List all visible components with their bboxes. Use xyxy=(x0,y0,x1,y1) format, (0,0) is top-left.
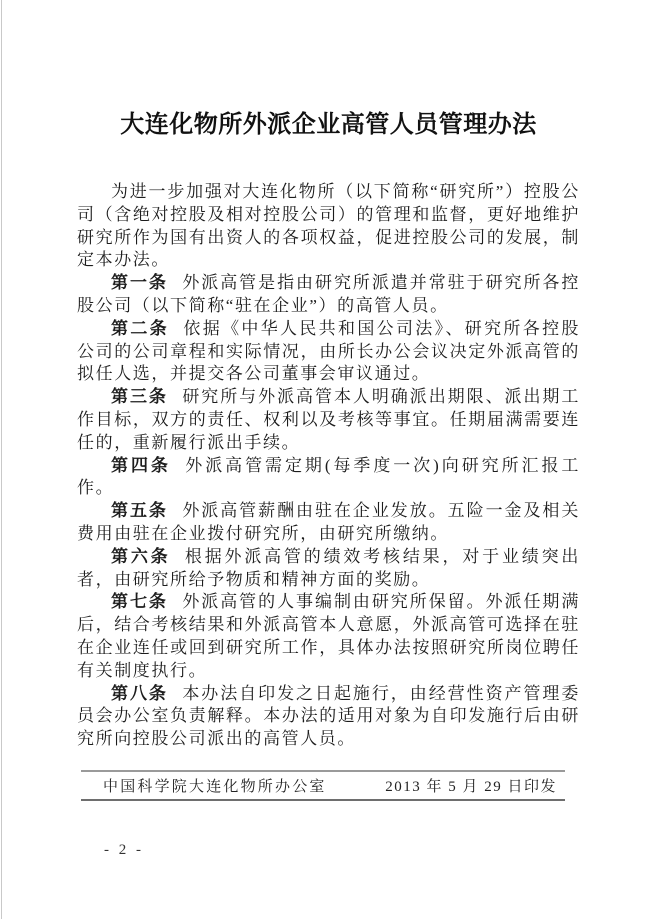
article-label: 第八条 xyxy=(111,684,168,703)
page-number: - 2 - xyxy=(104,842,144,859)
article-label: 第一条 xyxy=(111,273,168,292)
document-body: 为进一步加强对大连化物所（以下简称“研究所”）控股公司（含绝对控股及相对控股公司… xyxy=(77,181,580,751)
article-paragraph: 第一条外派高管是指由研究所派遣并常驻于研究所各控股公司（以下简称“驻在企业”）的… xyxy=(77,272,580,318)
footer-print-date: 2013 年 5 月 29 日印发 xyxy=(385,775,557,796)
article-label: 第七条 xyxy=(111,592,168,611)
footer-band: 中国科学院大连化物所办公室 2013 年 5 月 29 日印发 xyxy=(81,770,565,801)
article-paragraph: 第五条外派高管薪酬由驻在企业发放。五险一金及相关费用由驻在企业拨付研究所，由研究… xyxy=(77,500,580,546)
article-paragraph: 第四条外派高管需定期(每季度一次)向研究所汇报工作。 xyxy=(77,455,580,501)
scan-edge-artifact xyxy=(1,0,2,919)
article-paragraph: 第八条本办法自印发之日起施行，由经营性资产管理委员会办公室负责解释。本办法的适用… xyxy=(77,683,580,751)
article-label: 第二条 xyxy=(111,319,169,338)
intro-paragraph: 为进一步加强对大连化物所（以下简称“研究所”）控股公司（含绝对控股及相对控股公司… xyxy=(77,181,580,272)
article-label: 第六条 xyxy=(111,547,170,566)
article-label: 第四条 xyxy=(111,456,171,475)
page-title: 大连化物所外派企业高管人员管理办法 xyxy=(77,108,580,142)
article-paragraph: 第二条依据《中华人民共和国公司法》、研究所各控股公司的公司章程和实际情况，由所长… xyxy=(77,318,580,386)
document-page: { "page": { "title": "大连化物所外派企业高管人员管理办法"… xyxy=(0,0,650,919)
footer-issuer: 中国科学院大连化物所办公室 xyxy=(103,775,327,796)
article-paragraph: 第三条研究所与外派高管本人明确派出期限、派出期工作目标，双方的责任、权利以及考核… xyxy=(77,386,580,454)
article-label: 第三条 xyxy=(111,387,168,406)
article-paragraph: 第六条根据外派高管的绩效考核结果，对于业绩突出者，由研究所给予物质和精神方面的奖… xyxy=(77,546,580,592)
article-paragraph: 第七条外派高管的人事编制由研究所保留。外派任期满后，结合考核结果和外派高管本人意… xyxy=(77,591,580,682)
articles-section: 第一条外派高管是指由研究所派遣并常驻于研究所各控股公司（以下简称“驻在企业”）的… xyxy=(77,272,580,751)
article-label: 第五条 xyxy=(111,501,168,520)
